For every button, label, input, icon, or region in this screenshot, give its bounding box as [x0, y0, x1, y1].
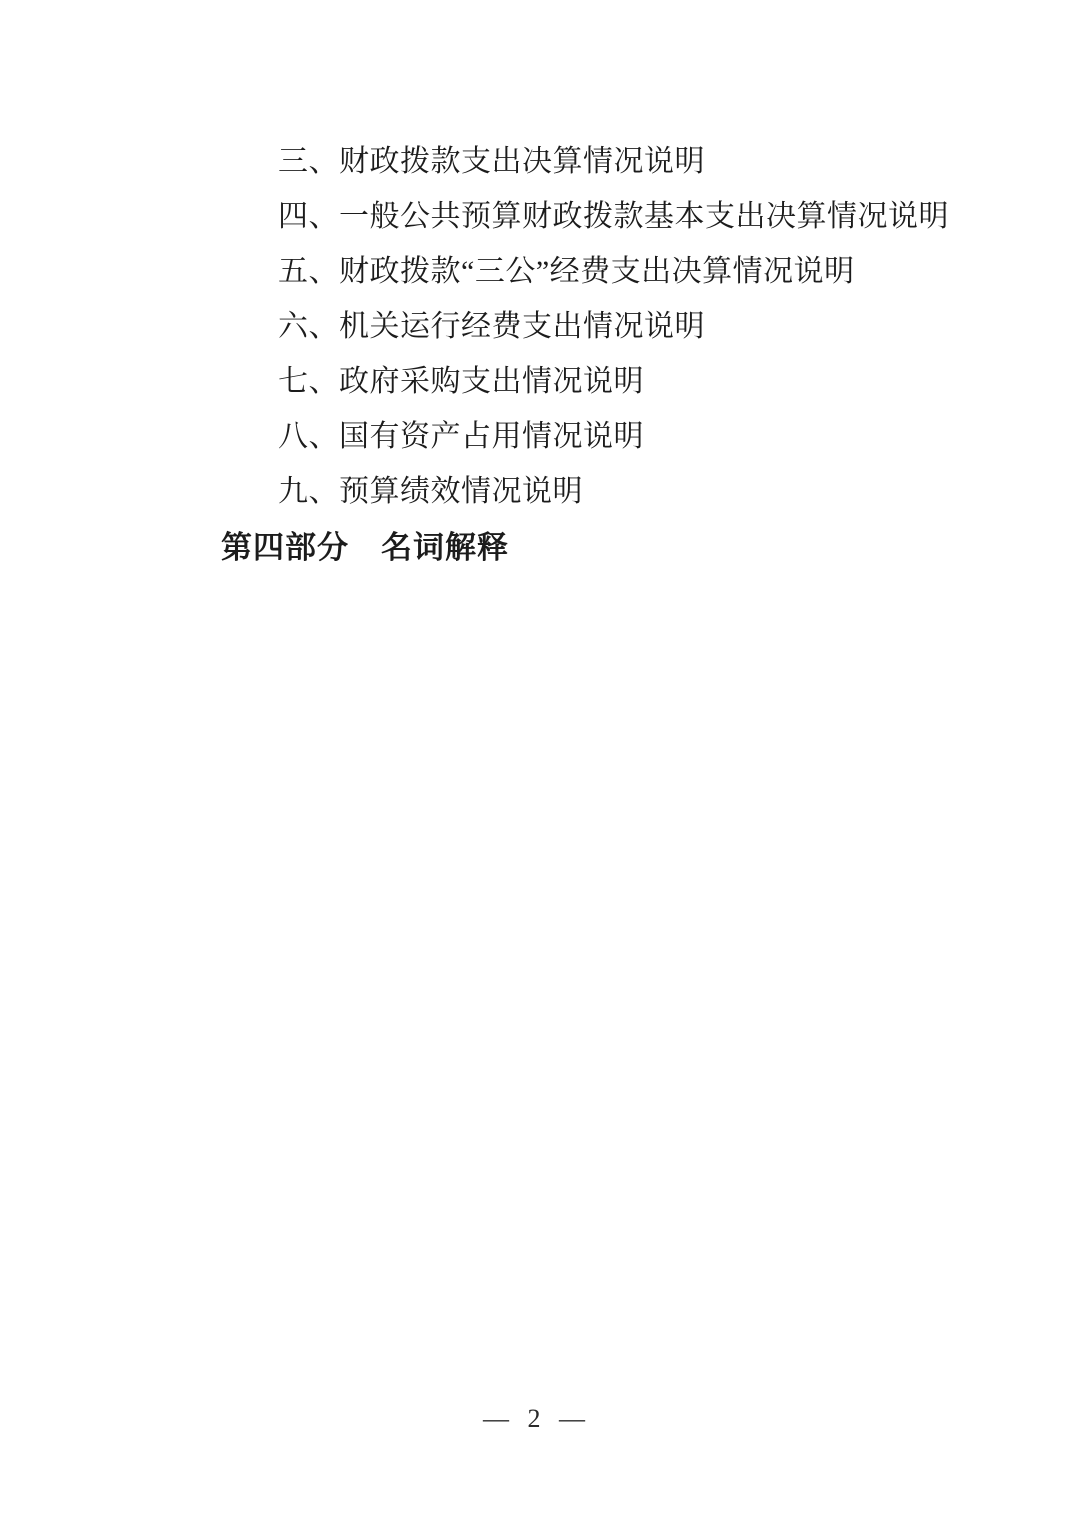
toc-item: 七、政府采购支出情况说明	[0, 350, 1074, 405]
toc-item: 三、财政拨款支出决算情况说明	[0, 130, 1074, 185]
toc-item: 六、机关运行经费支出情况说明	[0, 295, 1074, 350]
page-number: — 2 —	[0, 1398, 1074, 1440]
toc-item: 四、一般公共预算财政拨款基本支出决算情况说明	[0, 185, 1074, 240]
toc-item: 九、预算绩效情况说明	[0, 460, 1074, 515]
document-page: 三、财政拨款支出决算情况说明 四、一般公共预算财政拨款基本支出决算情况说明 五、…	[0, 0, 1074, 1520]
table-of-contents: 三、财政拨款支出决算情况说明 四、一般公共预算财政拨款基本支出决算情况说明 五、…	[0, 130, 1074, 573]
toc-item: 五、财政拨款“三公”经费支出决算情况说明	[0, 240, 1074, 295]
toc-item: 八、国有资产占用情况说明	[0, 405, 1074, 460]
section-heading: 第四部分 名词解释	[0, 515, 1074, 573]
